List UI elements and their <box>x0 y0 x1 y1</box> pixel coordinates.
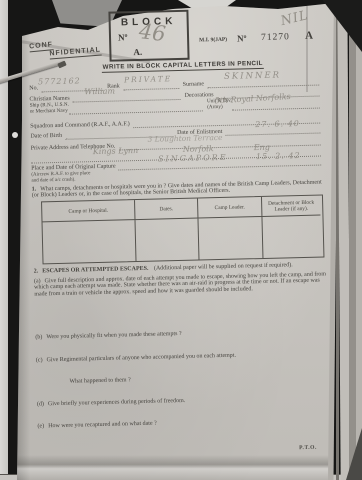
ship-label: Ship (R.N., U.S.N. or Merchant Navy <box>30 103 69 116</box>
question-2c-tag: (c) <box>36 357 47 363</box>
surname-label: Surname <box>179 81 207 89</box>
punch-hole <box>12 132 18 138</box>
capture-subnote-line2: and date of a/c crash). <box>31 178 75 185</box>
section-2-title: ESCAPES OR ATTEMPTED ESCAPES. <box>42 266 148 275</box>
question-2c-text: Give Regimental particulars of anyone wh… <box>46 353 236 364</box>
camp-table-header-dates: Dates. <box>135 199 198 221</box>
registry-org: M.I. 9(JAP) <box>199 37 227 44</box>
block-stamp-a-label: A. <box>133 47 142 57</box>
camp-table-header-detachment: Detachment or Block Leader (if any). <box>262 196 320 217</box>
question-2c: (c)Give Regimental particulars of anyone… <box>36 350 329 364</box>
question-2d: (d)Give briefly your experiences during … <box>37 394 330 408</box>
section-2-number: 2. <box>34 268 43 274</box>
registry-number: 71270 <box>261 32 290 43</box>
nil-handwritten: NIL <box>279 8 310 29</box>
section-2-note: (Additional paper will be supplied on re… <box>150 262 293 271</box>
address-country-value: Eng <box>254 143 270 152</box>
block-stamp-no-label: Nº <box>118 32 128 42</box>
question-2b: (b)Were you physically fit when you made… <box>35 327 328 341</box>
block-number-handwritten: 46 <box>138 19 167 46</box>
scanned-pow-form: CONF NFIDENTIAL BLOCK Nº 46 A. M.I. 9(JA… <box>0 0 362 480</box>
confidential-stamp: CONF <box>29 41 53 50</box>
no-label: No. <box>29 85 41 92</box>
confidential-stamp-part2: NFIDENTIAL <box>49 47 101 60</box>
camp-table-cell <box>262 216 321 258</box>
registry-no-label: Nº <box>237 33 247 43</box>
address-value-line1: 3 Loughton Terrace <box>147 133 222 144</box>
question-2d-text: Give briefly your experiences during per… <box>48 398 185 407</box>
confidential-stamp: NFIDENTIAL <box>49 47 101 58</box>
capture-date-value: 15. 2. 42 <box>256 151 301 161</box>
address-town-value: Kings Lynn <box>93 146 139 156</box>
question-2a-text: Give full description and approx. date o… <box>34 271 326 297</box>
camp-table-cell <box>136 219 200 262</box>
question-2e-tag: (e) <box>37 423 48 429</box>
christian-names-value: William <box>84 87 115 97</box>
registry-suffix: A <box>305 30 313 42</box>
question-2b-text: Were you physically fit when you made th… <box>46 331 181 340</box>
rank-value: PRIVATE <box>124 74 172 84</box>
question-2d-tag: (d) <box>37 401 48 407</box>
question-2e: (e)How were you recaptured and on what d… <box>37 416 330 430</box>
question-2a: (a)Give full description and approx. dat… <box>34 271 328 297</box>
question-2b-tag: (b) <box>35 334 46 340</box>
no-value: 5772162 <box>38 76 81 86</box>
camp-table: Camp or Hospital. Dates. Camp Leader. De… <box>41 194 324 264</box>
question-2c-followup: What happened to them ? <box>69 377 130 385</box>
ship-field-line <box>69 102 203 114</box>
camp-table-cell <box>198 217 263 260</box>
capture-place-value: SINGAPORE <box>158 153 228 164</box>
camp-table-header-camp: Camp or Hospital. <box>42 200 135 222</box>
date-of-birth-label: Date of Birth <box>30 133 65 141</box>
form-content: CONF NFIDENTIAL BLOCK Nº 46 A. M.I. 9(JA… <box>4 0 360 480</box>
enlistment-value: 27. 6. 40 <box>255 119 300 129</box>
camp-table-header-leader: Camp Leader. <box>198 197 262 219</box>
camp-table-cell <box>43 220 137 263</box>
ship-label-line2: or Merchant Navy <box>30 108 69 115</box>
pto-note: P.T.O. <box>299 445 317 451</box>
surname-value: SKINNER <box>224 70 281 81</box>
block-stamp-box: BLOCK Nº 46 A. <box>108 10 189 62</box>
question-2e-text: How were you recaptured and on what date… <box>48 421 157 430</box>
unit-label-line2: (Army) <box>207 104 232 110</box>
